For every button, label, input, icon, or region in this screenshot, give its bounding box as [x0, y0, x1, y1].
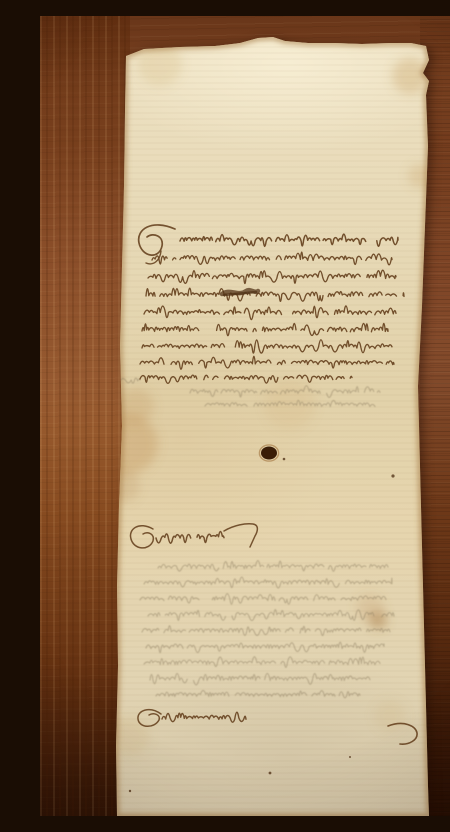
handwriting-layer	[40, 16, 450, 816]
pen-flourishes	[131, 225, 418, 744]
worm-hole	[259, 445, 278, 461]
initial-paraph	[139, 225, 175, 255]
paper-shadow-wrap	[40, 16, 450, 816]
ink-specks	[129, 458, 395, 793]
manuscript-photograph: Photograph of a long narrow early-modern…	[40, 16, 450, 816]
mid-annotation	[156, 531, 224, 543]
paper-stains	[98, 42, 432, 756]
paper-edge-browning	[116, 37, 429, 816]
main-text-block	[140, 234, 404, 383]
bottom-annotation-sub-pena-dupli	[162, 712, 246, 722]
midnote-s-loop	[131, 526, 154, 548]
manuscript-paper	[40, 16, 450, 816]
midnote-bracket	[224, 524, 257, 547]
